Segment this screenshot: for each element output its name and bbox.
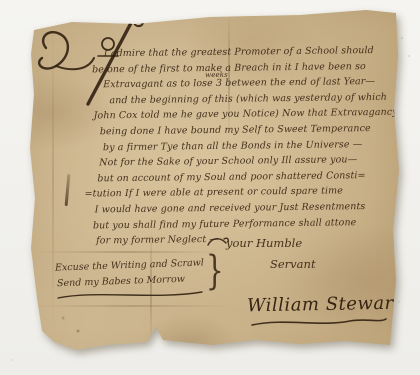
inserted-word: weeks <box>205 68 228 84</box>
postscript-line: Excuse the Writing and Scrawl <box>55 257 204 273</box>
paper-crease <box>36 251 221 253</box>
letter-paper: I admire that the greatest Promoter of a… <box>0 0 420 375</box>
postscript-line: Send my Babes to Morrow <box>57 274 185 289</box>
closing-line: your Humble <box>226 236 302 250</box>
signature-underline-flourish-icon <box>248 315 390 329</box>
photo-of-letter: I admire that the greatest Promoter of a… <box>0 0 420 375</box>
letter-body: I admire that the greatest Promoter of a… <box>0 42 420 250</box>
paper-shadow: I admire that the greatest Promoter of a… <box>0 0 420 375</box>
postscript-brace: } <box>206 251 224 291</box>
paper-crease <box>36 305 231 307</box>
postscript-underline-flourish-icon <box>56 289 206 301</box>
closing-line: Servant <box>270 257 316 271</box>
signature: William Stewart <box>247 293 402 317</box>
